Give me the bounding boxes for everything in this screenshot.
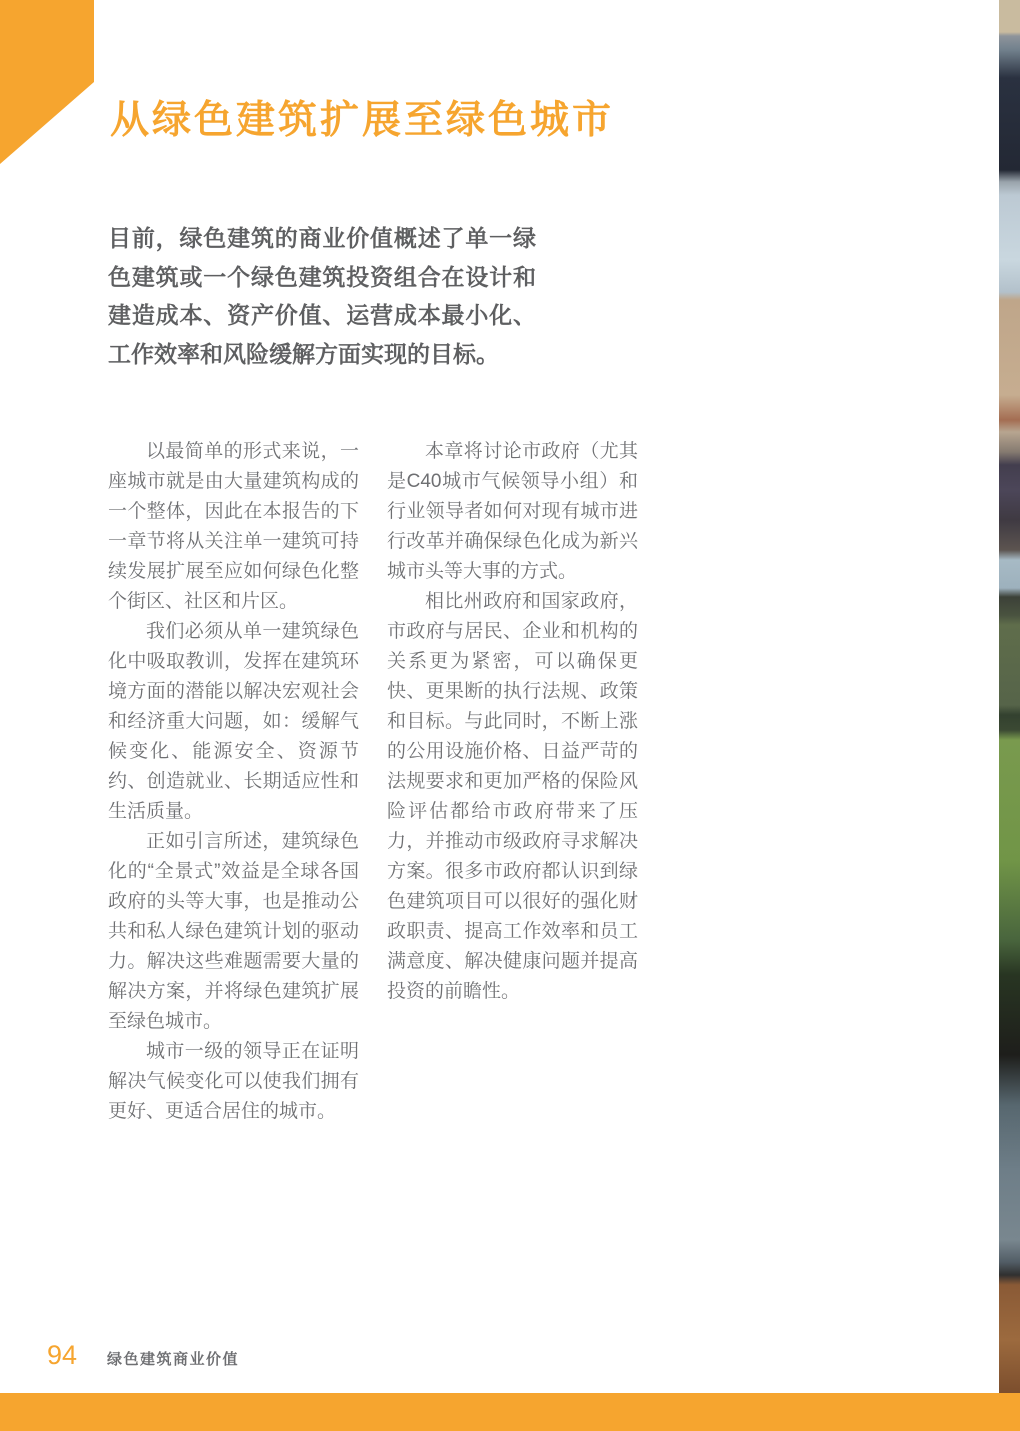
corner-accent-shape: [0, 0, 94, 164]
edge-photo-strip: [999, 0, 1020, 1393]
body-paragraph: 我们必须从单一建筑绿色化中吸取教训，发挥在建筑环境方面的潜能以解决宏观社会和经济…: [108, 617, 359, 827]
bottom-accent-bar: [0, 1393, 1020, 1431]
body-paragraph: 本章将讨论市政府（尤其是C40城市气候领导小组）和行业领导者如何对现有城市进行改…: [387, 437, 638, 587]
body-paragraph: 城市一级的领导正在证明解决气候变化可以使我们拥有更好、更适合居住的城市。: [108, 1037, 359, 1127]
body-paragraph: 以最简单的形式来说，一座城市就是由大量建筑构成的一个整体，因此在本报告的下一章节…: [108, 437, 359, 617]
page-title: 从绿色建筑扩展至绿色城市: [110, 96, 614, 146]
document-page: 从绿色建筑扩展至绿色城市 目前，绿色建筑的商业价值概述了单一绿色建筑或一个绿色建…: [0, 0, 1020, 1431]
body-paragraph: 正如引言所述，建筑绿色化的“全景式”效益是全球各国政府的头等大事，也是推动公共和…: [108, 827, 359, 1037]
intro-paragraph: 目前，绿色建筑的商业价值概述了单一绿色建筑或一个绿色建筑投资组合在设计和建造成本…: [108, 219, 536, 373]
footer-document-title: 绿色建筑商业价值: [107, 1350, 239, 1370]
footer-page-number: 94: [47, 1340, 77, 1370]
body-paragraph: 相比州政府和国家政府，市政府与居民、企业和机构的关系更为紧密，可以确保更快、更果…: [387, 587, 638, 1007]
body-column-right: 本章将讨论市政府（尤其是C40城市气候领导小组）和行业领导者如何对现有城市进行改…: [387, 437, 638, 1007]
body-column-left: 以最简单的形式来说，一座城市就是由大量建筑构成的一个整体，因此在本报告的下一章节…: [108, 437, 359, 1127]
